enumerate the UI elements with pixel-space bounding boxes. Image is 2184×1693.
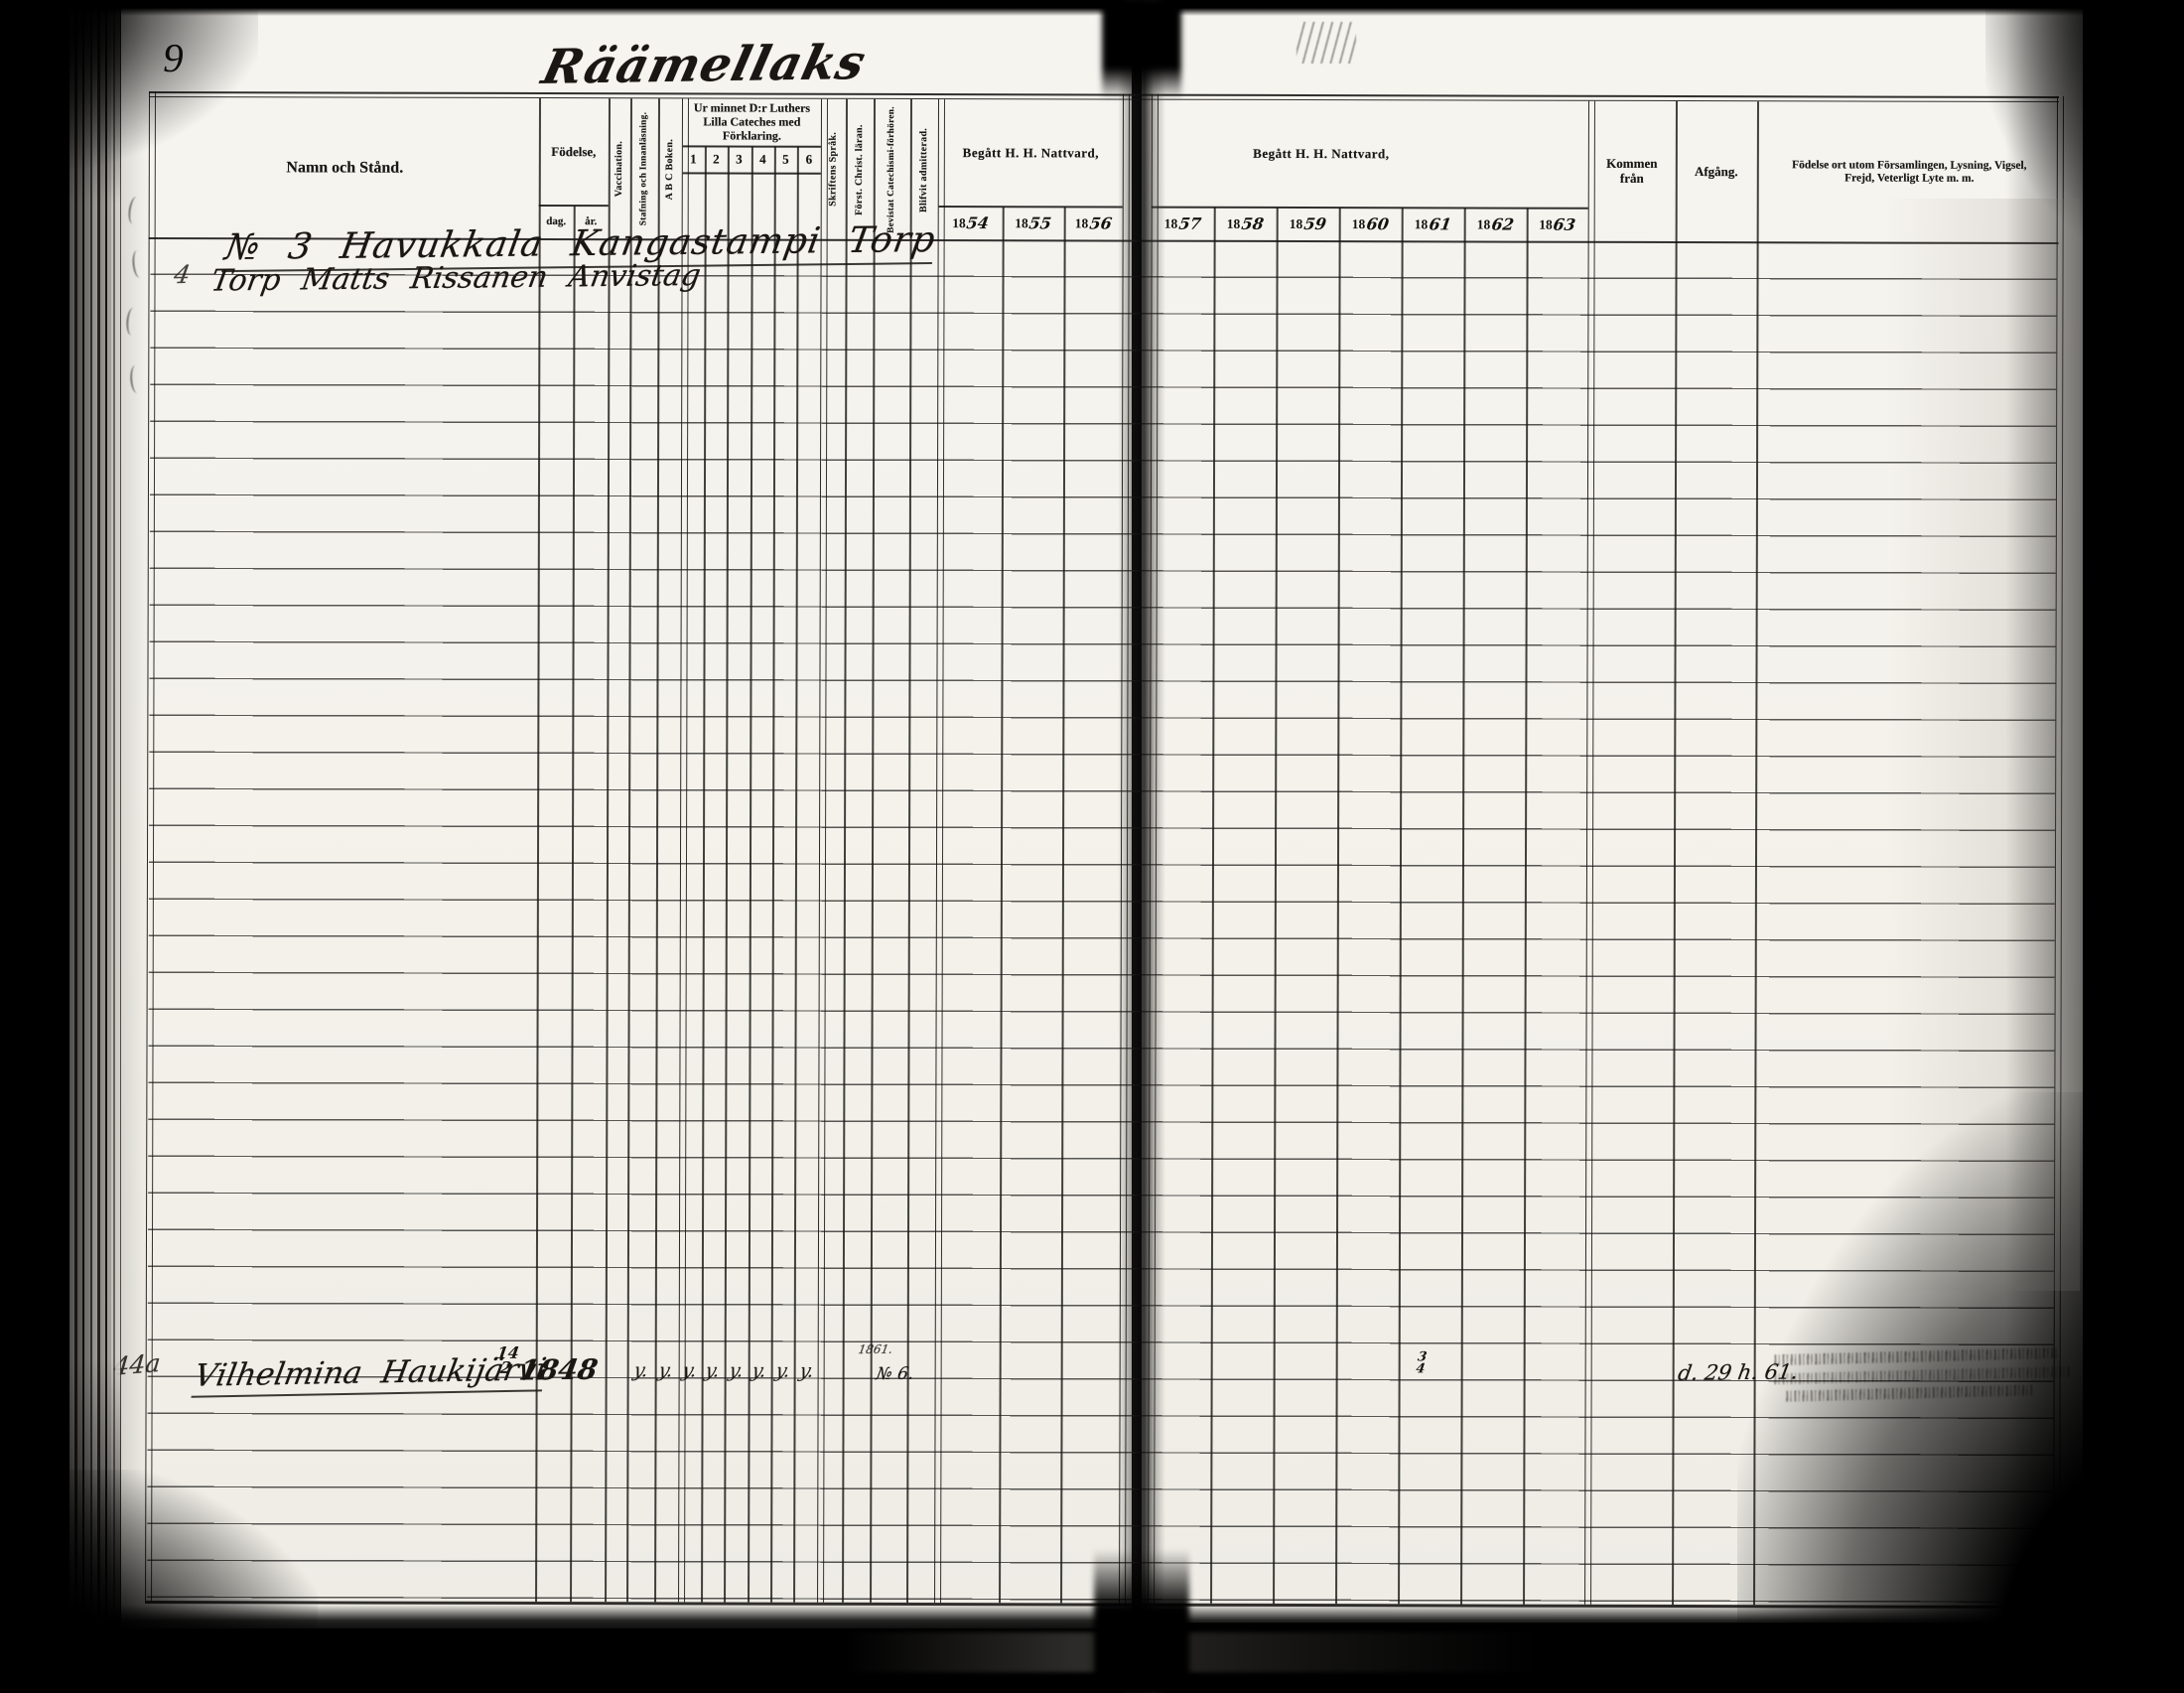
grid-line-h <box>683 172 821 174</box>
year-suffix: 60 <box>1365 214 1390 233</box>
col-header-communion-left: Begått H. H. Nattvard, <box>939 100 1123 207</box>
col-header-abc-book: A B C Boken. <box>658 99 682 238</box>
year-suffix: 57 <box>1177 214 1202 233</box>
year-prefix: 18 <box>1477 216 1491 232</box>
year-prefix: 18 <box>1290 215 1303 231</box>
year-suffix: 58 <box>1240 214 1265 233</box>
page-title-script: Räämellaks <box>537 35 872 95</box>
ledger-spread: 9 Räämellaks Namn och Stånd. Födelse, da… <box>0 0 2184 1693</box>
year-prefix: 18 <box>1015 215 1028 231</box>
page-number: 9 <box>163 34 184 81</box>
col-header-came-from: Kommen från <box>1588 102 1676 241</box>
year-prefix: 18 <box>1164 215 1178 231</box>
bottom-row-margin-note: 44a <box>112 1348 162 1381</box>
year-prefix: 18 <box>1352 216 1366 232</box>
margin-scribble <box>125 308 139 337</box>
year-suffix: 62 <box>1490 215 1515 234</box>
year-suffix: 63 <box>1552 215 1576 234</box>
col-header-birth: Födelse, <box>539 99 609 205</box>
birth-month-denominator: 2 <box>490 1360 522 1375</box>
col-header-attended-exams: Bevistat Catechismi-förhören. <box>874 100 910 239</box>
year-header-1854: 1854 <box>939 207 1003 239</box>
col-header-vaccination: Vaccination. <box>609 99 630 238</box>
year-prefix: 18 <box>952 215 966 231</box>
year-header-1855: 1855 <box>1003 207 1064 239</box>
year-prefix: 18 <box>1539 216 1553 232</box>
col-header-spelling-reading: Stafning och Innanläsning. <box>630 99 658 238</box>
col-header-catechism-4: 4 <box>751 147 774 173</box>
margin-scribble <box>127 196 143 224</box>
year-suffix: 61 <box>1428 214 1452 233</box>
year-suffix: 54 <box>965 213 990 232</box>
bottom-row-birth-year: 1848 <box>517 1353 601 1387</box>
year-prefix: 18 <box>1227 215 1241 231</box>
year-header-1860: 1860 <box>1339 208 1402 240</box>
col-header-catechism-6: 6 <box>797 147 821 173</box>
year-header-1859: 1859 <box>1277 208 1339 240</box>
col-header-name: Namn och Stånd. <box>151 98 539 238</box>
col-header-catechism-3: 3 <box>728 146 751 172</box>
year-header-1862: 1862 <box>1464 208 1527 240</box>
col-header-catechism-5: 5 <box>774 147 797 173</box>
year-prefix: 18 <box>1415 216 1429 232</box>
year-suffix: 56 <box>1088 213 1113 232</box>
year-suffix: 59 <box>1302 214 1327 233</box>
col-header-remarks: Födelse ort utom Församlingen, Lysning, … <box>1762 102 2057 242</box>
bottom-row-admitted-number: № 6. <box>875 1364 915 1384</box>
year-suffix: 55 <box>1027 213 1052 232</box>
year-header-1858: 1858 <box>1214 208 1277 240</box>
col-header-departure: Afgång. <box>1676 102 1757 241</box>
year-header-1857: 1857 <box>1152 208 1214 240</box>
col-header-christian-doctrine: Först. Christ. läran. <box>846 100 874 239</box>
communion-denominator: 4 <box>1409 1364 1433 1376</box>
year-prefix: 18 <box>1075 215 1089 231</box>
table-row-ruling <box>147 238 2057 1606</box>
margin-scribble <box>131 249 146 278</box>
col-header-catechism-group: Ur minnet D:r Luthers Lilla Cateches med… <box>683 99 821 145</box>
col-header-admitted: Blifvit admitterad. <box>910 100 938 239</box>
bottom-row-communion-mark: 3 4 <box>1409 1351 1434 1376</box>
margin-scribble <box>129 365 143 394</box>
col-header-catechism-2: 2 <box>705 146 728 172</box>
col-header-communion-right: Begått H. H. Nattvard, <box>1153 101 1490 209</box>
year-header-1856: 1856 <box>1064 207 1123 239</box>
year-header-1863: 1863 <box>1527 209 1588 241</box>
year-header-1861: 1861 <box>1402 208 1464 240</box>
grid-line-h <box>539 205 609 207</box>
bottom-row-admitted-year: 1861. <box>858 1342 894 1356</box>
